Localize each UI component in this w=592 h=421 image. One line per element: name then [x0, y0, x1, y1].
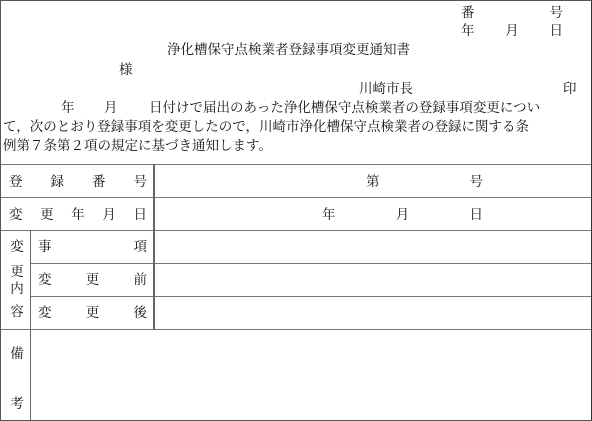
document-title: 浄化槽保守点検業者登録事項変更通知書	[167, 42, 410, 58]
date-day: 日	[550, 23, 564, 39]
registration-number-field[interactable]: 第 号	[366, 174, 483, 190]
item-label: 事 項	[38, 239, 147, 255]
change-month: 月	[396, 207, 410, 223]
date-month: 月	[505, 23, 519, 39]
change-details-group-label: 変 更 内 容	[7, 239, 27, 321]
registration-number-label: 登 録 番 号	[9, 174, 147, 190]
document-date: 年 月 日	[461, 23, 563, 39]
table-top-border	[1, 164, 591, 165]
body-line-2: て，次のとおり登録事項を変更したので，川崎市浄化槽保守点検業者の登録に関する条	[3, 119, 529, 135]
notification-form: 番 号 年 月 日 浄化槽保守点検業者登録事項変更通知書 様 川崎市長 印 年 …	[0, 0, 592, 421]
remarks-field[interactable]	[33, 331, 590, 419]
registration-prefix: 第	[366, 174, 380, 190]
number-label-go: 号	[550, 5, 564, 21]
registration-suffix: 号	[470, 174, 484, 190]
row-divider-5	[1, 329, 591, 330]
label-value-divider	[153, 164, 155, 330]
seal-mark: 印	[563, 81, 577, 97]
body-line-3: 例第７条第２項の規定に基づき通知します。	[3, 138, 272, 154]
change-day: 日	[470, 207, 484, 223]
document-number: 番 号	[461, 5, 563, 21]
row-divider-1	[1, 197, 591, 198]
group-label-divider	[30, 230, 31, 421]
number-label-ban: 番	[461, 5, 475, 21]
item-field[interactable]	[156, 231, 590, 263]
date-year: 年	[461, 23, 475, 39]
change-date-label: 変 更 年 月 日	[9, 207, 147, 223]
remarks-label: 備 考	[7, 346, 27, 413]
body-month: 月	[104, 100, 118, 116]
addressee-suffix: 様	[119, 62, 133, 78]
body-text-line1: 日付けで届出のあった浄化槽保守点検業者の登録事項変更につい	[149, 100, 540, 116]
change-date-field[interactable]: 年 月 日	[322, 207, 483, 223]
body-year: 年	[61, 100, 75, 116]
before-change-label: 変 更 前	[38, 272, 147, 288]
sender-name: 川崎市長	[359, 81, 413, 97]
change-year: 年	[322, 207, 336, 223]
after-change-label: 変 更 後	[38, 305, 147, 321]
before-change-field[interactable]	[156, 264, 590, 296]
after-change-field[interactable]	[156, 297, 590, 329]
